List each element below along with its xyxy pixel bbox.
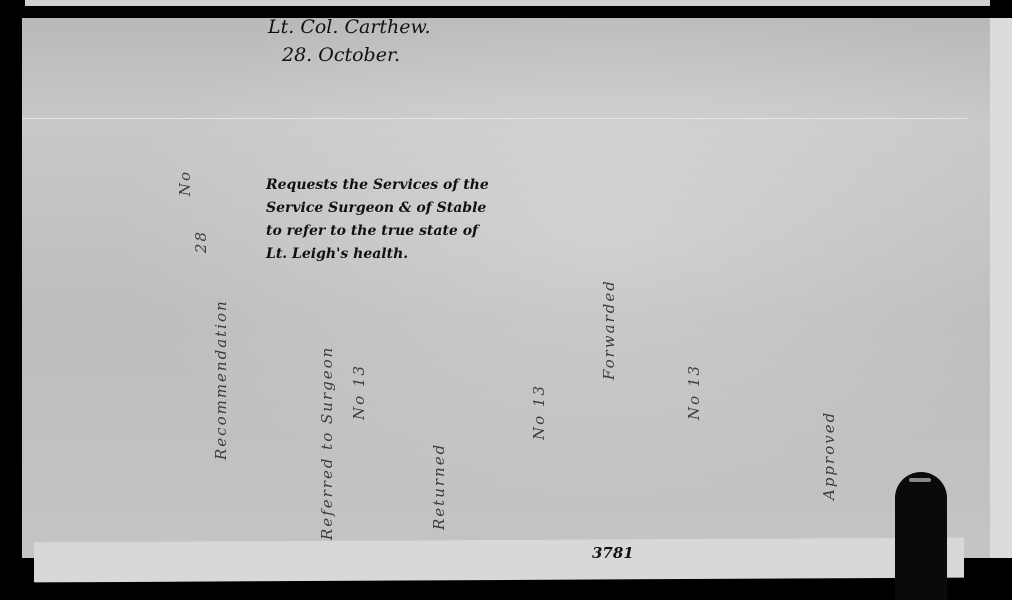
column-note: Returned [430,290,448,530]
column-note: No 13 [530,320,548,440]
column-note: Recommendation [212,280,230,460]
side-note: No [176,170,194,196]
column-note: Approved [820,260,838,500]
summary-line: Service Surgeon & of Stable [266,197,496,220]
summary-line: Requests the Services of the [266,174,496,197]
column-note: No 13 [350,300,368,420]
document-page [22,18,1012,558]
summary-line: Lt. Leigh's health. [266,243,496,266]
header-name: Lt. Col. Carthew. [268,16,431,38]
side-note: 28 [192,230,210,253]
column-note: Referred to Surgeon [318,300,336,540]
previous-page-edge [25,0,990,6]
summary-line: to refer to the true state of [266,220,496,243]
fold-line [22,118,967,119]
binding-clip [895,472,947,600]
header-date: 28. October. [282,44,400,66]
column-note: Forwarded [600,160,618,380]
summary-text: Requests the Services of the Service Sur… [266,174,496,266]
column-note: No 13 [685,300,703,420]
archive-stamp-number: 3781 [592,544,634,562]
page-bottom-edge [34,538,964,583]
